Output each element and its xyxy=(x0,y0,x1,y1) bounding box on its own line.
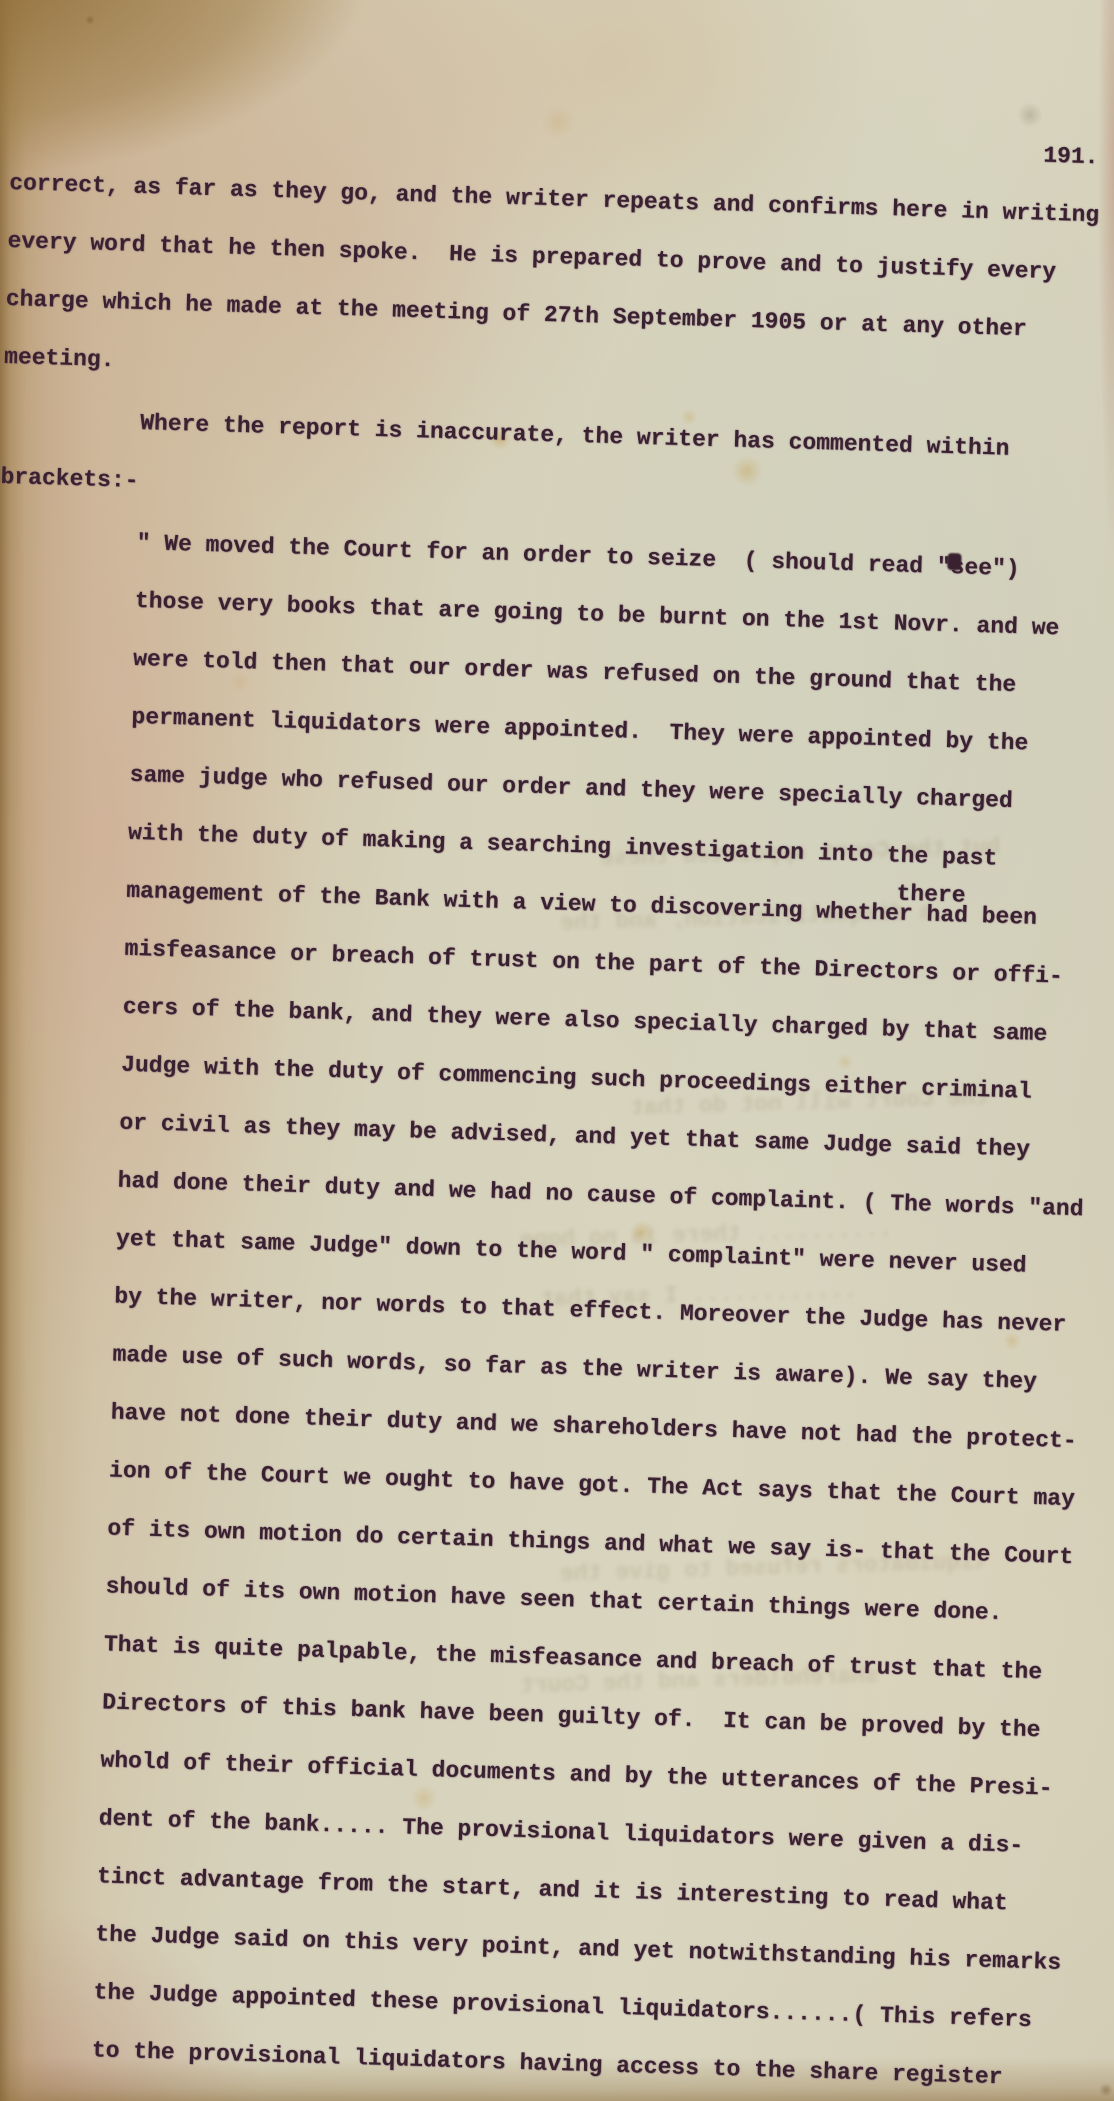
quoted-report-block: " We moved the Court for an order to sei… xyxy=(91,514,1091,2101)
ink-blot xyxy=(947,553,961,570)
paragraph-intro: correct, as far as they go, and the writ… xyxy=(3,154,1101,418)
inserted-word-there: there xyxy=(896,865,967,925)
document-page: but the Court appointed these a disquali… xyxy=(0,0,1114,2101)
typewritten-text: 191. correct, as far as they go, and the… xyxy=(0,90,1104,2101)
